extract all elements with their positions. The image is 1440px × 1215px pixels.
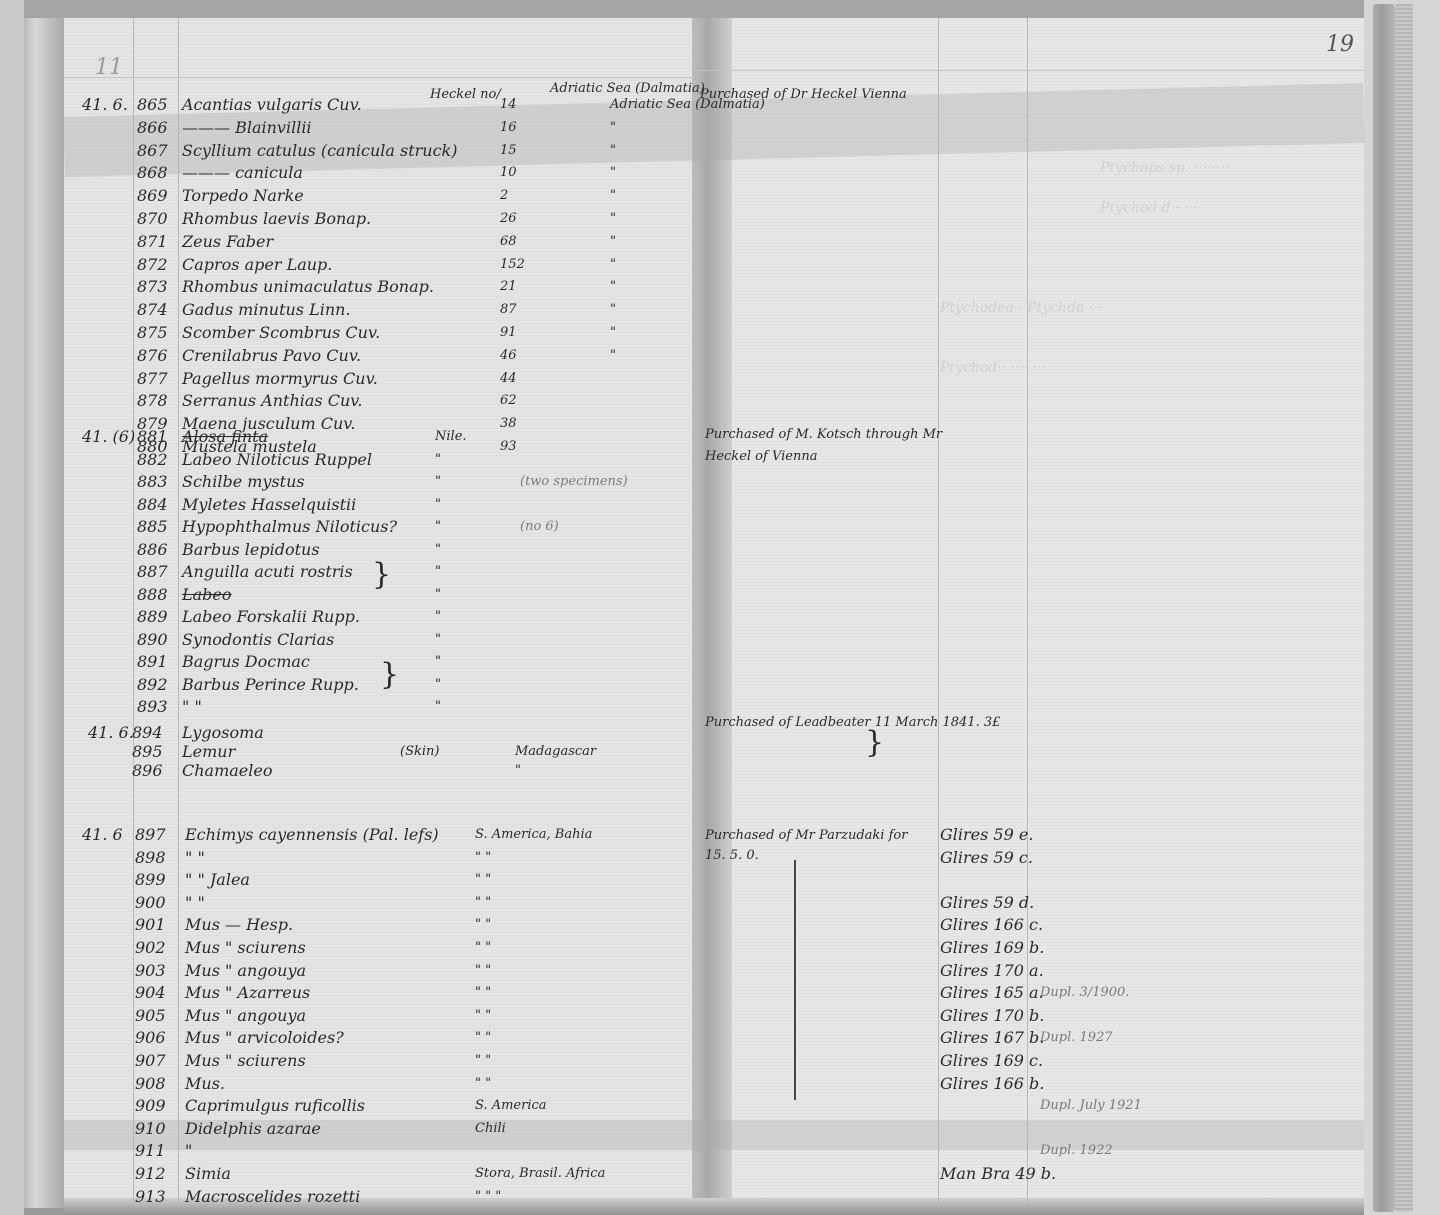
- entry-reference: 93: [500, 438, 517, 456]
- entry-name: Macroscelides rozetti: [185, 1188, 360, 1206]
- entry-number: 890: [137, 631, 168, 649]
- entry-name: Lygosoma: [182, 724, 264, 742]
- entry-locality: ": [610, 324, 616, 342]
- entry-locality: ": [435, 676, 441, 694]
- ruled-header-line: [694, 70, 1364, 71]
- entry-name: Echimys cayennensis (Pal. lefs): [185, 826, 439, 844]
- entry-number: 904: [135, 984, 166, 1002]
- entry-locality: Adriatic Sea (Dalmatia): [610, 96, 765, 114]
- entry-name: Mus " sciurens: [185, 939, 306, 957]
- entry-number: 897: [135, 826, 166, 844]
- entry-name: " ": [185, 894, 205, 912]
- entry-register-ref: Glires 59 c.: [940, 849, 1033, 867]
- entry-name: Anguilla acuti rostris: [182, 563, 353, 581]
- entry-number: 886: [137, 541, 168, 559]
- scan-frame-left: [0, 0, 24, 1215]
- entry-locality: " ": [475, 894, 491, 912]
- entry-name: Scomber Scombrus Cuv.: [182, 324, 380, 342]
- entry-name: Gadus minutus Linn.: [182, 301, 351, 319]
- entry-register-ref: Glires 169 b.: [940, 939, 1044, 957]
- entry-name: Caprimulgus ruficollis: [185, 1097, 365, 1115]
- entry-locality: " ": [475, 962, 491, 980]
- entry-note: Dupl. 1922: [1040, 1142, 1113, 1160]
- entry-note: (two specimens): [520, 473, 628, 491]
- entry-name: Mus " Azarreus: [185, 984, 310, 1002]
- entry-name: ——— Blainvillii: [182, 119, 312, 137]
- entry-number: 898: [135, 849, 166, 867]
- entry-name: Rhombus unimaculatus Bonap.: [182, 278, 434, 296]
- entry-locality: ": [435, 631, 441, 649]
- entry-reference: 26: [500, 210, 517, 228]
- entry-number: 905: [135, 1007, 166, 1025]
- entry-name: Labeo Niloticus Ruppel: [182, 451, 372, 469]
- section-date: 41. 6: [82, 826, 123, 844]
- entry-number: 906: [135, 1029, 166, 1047]
- entry-locality: " ": [475, 1007, 491, 1025]
- entry-reference: 21: [500, 278, 517, 296]
- entry-number: 875: [137, 324, 168, 342]
- entry-reference: 2: [500, 187, 508, 205]
- entry-locality: ": [435, 653, 441, 671]
- section-date: 41. 6.: [82, 96, 128, 114]
- entry-note: Dupl. July 1921: [1040, 1097, 1142, 1115]
- entry-locality: ": [435, 608, 441, 626]
- entry-locality: " ": [475, 916, 491, 934]
- entry-register-ref: Glires 170 b.: [940, 1007, 1044, 1025]
- entry-number: 912: [135, 1165, 166, 1183]
- entry-name: Scyllium catulus (canicula struck): [182, 142, 458, 160]
- entry-locality: ": [435, 563, 441, 581]
- entry-locality: S. America: [475, 1097, 547, 1115]
- entry-number: 891: [137, 653, 168, 671]
- entry-name: Mus.: [185, 1075, 225, 1093]
- entry-locality: ": [610, 119, 616, 137]
- entry-locality: ": [610, 233, 616, 251]
- entry-number: 888: [137, 586, 168, 604]
- entry-name: Labeo: [182, 586, 232, 604]
- entry-name: Simia: [185, 1165, 231, 1183]
- entry-number: 876: [137, 347, 168, 365]
- binding-cloth: [1395, 4, 1413, 1212]
- entry-name: ": [185, 1142, 192, 1160]
- entry-name: " " Jalea: [185, 871, 250, 889]
- book-gutter: [692, 18, 732, 1203]
- entry-locality: Nile.: [435, 428, 467, 446]
- entry-name: Crenilabrus Pavo Cuv.: [182, 347, 361, 365]
- ruled-header-line: [64, 77, 694, 78]
- entry-register-ref: Man Bra 49 b.: [940, 1165, 1056, 1183]
- entry-register-ref: Glires 165 a.: [940, 984, 1044, 1002]
- entry-number: 913: [135, 1188, 166, 1206]
- entry-locality: ": [435, 518, 441, 536]
- entry-name: Alosa finta: [182, 428, 268, 446]
- entry-locality: ": [610, 142, 616, 160]
- ruled-number-line: [178, 18, 179, 1203]
- entry-locality: ": [515, 762, 521, 780]
- section-date: 41. 6.: [88, 724, 134, 742]
- entry-name: Mus " arvicoloides?: [185, 1029, 344, 1047]
- entry-reference: 87: [500, 301, 517, 319]
- entry-register-ref: Glires 170 a.: [940, 962, 1044, 980]
- entry-number: 894: [132, 724, 163, 742]
- entry-number: 887: [137, 563, 168, 581]
- entry-note: Dupl. 3/1900.: [1040, 984, 1129, 1002]
- entry-name: Torpedo Narke: [182, 187, 304, 205]
- entry-reference: 14: [500, 96, 517, 114]
- entry-number: 900: [135, 894, 166, 912]
- entry-number: 882: [137, 451, 168, 469]
- entry-register-ref: Glires 167 b.: [940, 1029, 1044, 1047]
- bracket-line: [794, 860, 796, 1100]
- entry-number: 909: [135, 1097, 166, 1115]
- entry-number: 878: [137, 392, 168, 410]
- entry-number: 911: [135, 1142, 166, 1160]
- entry-locality: ": [610, 164, 616, 182]
- entry-number: 866: [137, 119, 168, 137]
- entry-locality: " ": [475, 1052, 491, 1070]
- entry-name: Pagellus mormyrus Cuv.: [182, 370, 378, 388]
- entry-register-ref: Glires 59 d.: [940, 894, 1034, 912]
- entry-name: Labeo Forskalii Rupp.: [182, 608, 360, 626]
- entry-locality: Stora, Brasil. Africa: [475, 1165, 605, 1183]
- entry-number: 893: [137, 698, 168, 716]
- ref-column-header: Heckel no/: [430, 86, 501, 104]
- section-source: Purchased of Leadbeater 11 March 1841. 3…: [705, 714, 1000, 732]
- entry-reference: 38: [500, 415, 517, 433]
- entry-name: Mus — Hesp.: [185, 916, 293, 934]
- entry-locality: " ": [475, 984, 491, 1002]
- entry-name: ——— canicula: [182, 164, 303, 182]
- section-source: Purchased of M. Kotsch through Mr Heckel…: [705, 424, 945, 468]
- entry-name: Zeus Faber: [182, 233, 273, 251]
- entry-reference: 91: [500, 324, 517, 342]
- entry-reference: 46: [500, 347, 517, 365]
- entry-locality: ": [610, 187, 616, 205]
- entry-number: 903: [135, 962, 166, 980]
- entry-note: Dupl. 1927: [1040, 1029, 1113, 1047]
- entry-name: Synodontis Clarias: [182, 631, 334, 649]
- entry-name: Barbus Perince Rupp.: [182, 676, 359, 694]
- entry-name: Rhombus laevis Bonap.: [182, 210, 371, 228]
- ruled-column-line: [938, 18, 939, 1203]
- entry-locality: " " ": [475, 1188, 501, 1206]
- entry-reference: 10: [500, 164, 517, 182]
- entry-name: Hypophthalmus Niloticus?: [182, 518, 397, 536]
- entry-locality: ": [435, 541, 441, 559]
- entry-name: Acantias vulgaris Cuv.: [182, 96, 362, 114]
- brace-mark: }: [380, 660, 399, 690]
- entry-name: Myletes Hasselquistii: [182, 496, 356, 514]
- entry-locality: " ": [475, 1075, 491, 1093]
- entry-locality: Chili: [475, 1120, 506, 1138]
- entry-name: Serranus Anthias Cuv.: [182, 392, 363, 410]
- entry-locality: ": [435, 451, 441, 469]
- entry-note: (no 6): [520, 518, 559, 536]
- entry-number: 873: [137, 278, 168, 296]
- entry-number: 907: [135, 1052, 166, 1070]
- entry-locality: ": [435, 473, 441, 491]
- entry-reference: 62: [500, 392, 517, 410]
- entry-name: " ": [182, 698, 202, 716]
- entry-number: 883: [137, 473, 168, 491]
- entry-locality: " ": [475, 871, 491, 889]
- entry-number: 867: [137, 142, 168, 160]
- entry-number: 896: [132, 762, 163, 780]
- entry-register-ref: Glires 166 b.: [940, 1075, 1044, 1093]
- brace-mark: }: [865, 728, 884, 758]
- entry-number: 892: [137, 676, 168, 694]
- entry-name: Lemur: [182, 743, 235, 761]
- entry-number: 865: [137, 96, 168, 114]
- entry-name: " ": [185, 849, 205, 867]
- ruled-margin-line: [133, 18, 134, 1203]
- entry-locality: S. America, Bahia: [475, 826, 592, 844]
- entry-number: 874: [137, 301, 168, 319]
- brace-mark: }: [372, 560, 391, 590]
- entry-name: Chamaeleo: [182, 762, 272, 780]
- entry-locality: ": [435, 586, 441, 604]
- entry-number: 884: [137, 496, 168, 514]
- section-source: Purchased of Mr Parzudaki for 15. 5. 0.: [705, 826, 925, 866]
- entry-number: 881: [137, 428, 168, 446]
- entry-number: 877: [137, 370, 168, 388]
- scan-frame-top: [0, 0, 1440, 18]
- entry-reference: (Skin): [400, 743, 439, 761]
- entry-locality: ": [610, 256, 616, 274]
- entry-number: 885: [137, 518, 168, 536]
- entry-number: 870: [137, 210, 168, 228]
- section-date: 41. (6): [82, 428, 135, 446]
- entry-name: Mus " angouya: [185, 962, 306, 980]
- ruled-column-line: [1027, 18, 1028, 1203]
- entry-locality: " ": [475, 1029, 491, 1047]
- entry-number: 908: [135, 1075, 166, 1093]
- entry-register-ref: Glires 59 e.: [940, 826, 1033, 844]
- entry-register-ref: Glires 169 c.: [940, 1052, 1043, 1070]
- entry-locality: " ": [475, 939, 491, 957]
- entry-locality: ": [435, 496, 441, 514]
- entry-register-ref: Glires 166 c.: [940, 916, 1043, 934]
- entry-locality: Madagascar: [515, 743, 596, 761]
- entry-locality: " ": [475, 849, 491, 867]
- entry-name: Barbus lepidotus: [182, 541, 320, 559]
- entry-locality: ": [610, 301, 616, 319]
- entry-number: 899: [135, 871, 166, 889]
- entry-number: 910: [135, 1120, 166, 1138]
- entry-number: 895: [132, 743, 163, 761]
- entry-reference: 152: [500, 256, 525, 274]
- book-edge-left: [24, 18, 64, 1208]
- entry-number: 902: [135, 939, 166, 957]
- entry-reference: 68: [500, 233, 517, 251]
- entry-locality: ": [610, 278, 616, 296]
- entry-name: Mus " angouya: [185, 1007, 306, 1025]
- entry-number: 868: [137, 164, 168, 182]
- entry-reference: 16: [500, 119, 517, 137]
- entry-locality: ": [610, 210, 616, 228]
- entry-locality: ": [435, 698, 441, 716]
- entry-number: 872: [137, 256, 168, 274]
- entry-name: Bagrus Docmac: [182, 653, 310, 671]
- entry-reference: 44: [500, 370, 517, 388]
- entry-number: 869: [137, 187, 168, 205]
- entry-name: Mus " sciurens: [185, 1052, 306, 1070]
- left-page-number: 11: [95, 55, 123, 80]
- entry-number: 889: [137, 608, 168, 626]
- entry-name: Didelphis azarae: [185, 1120, 321, 1138]
- entry-reference: 15: [500, 142, 517, 160]
- right-page-number: 19: [1326, 32, 1354, 57]
- entry-number: 871: [137, 233, 168, 251]
- binding-strip: [1373, 4, 1395, 1212]
- entry-number: 901: [135, 916, 166, 934]
- entry-name: Schilbe mystus: [182, 473, 305, 491]
- entry-locality: ": [610, 347, 616, 365]
- entry-name: Capros aper Laup.: [182, 256, 332, 274]
